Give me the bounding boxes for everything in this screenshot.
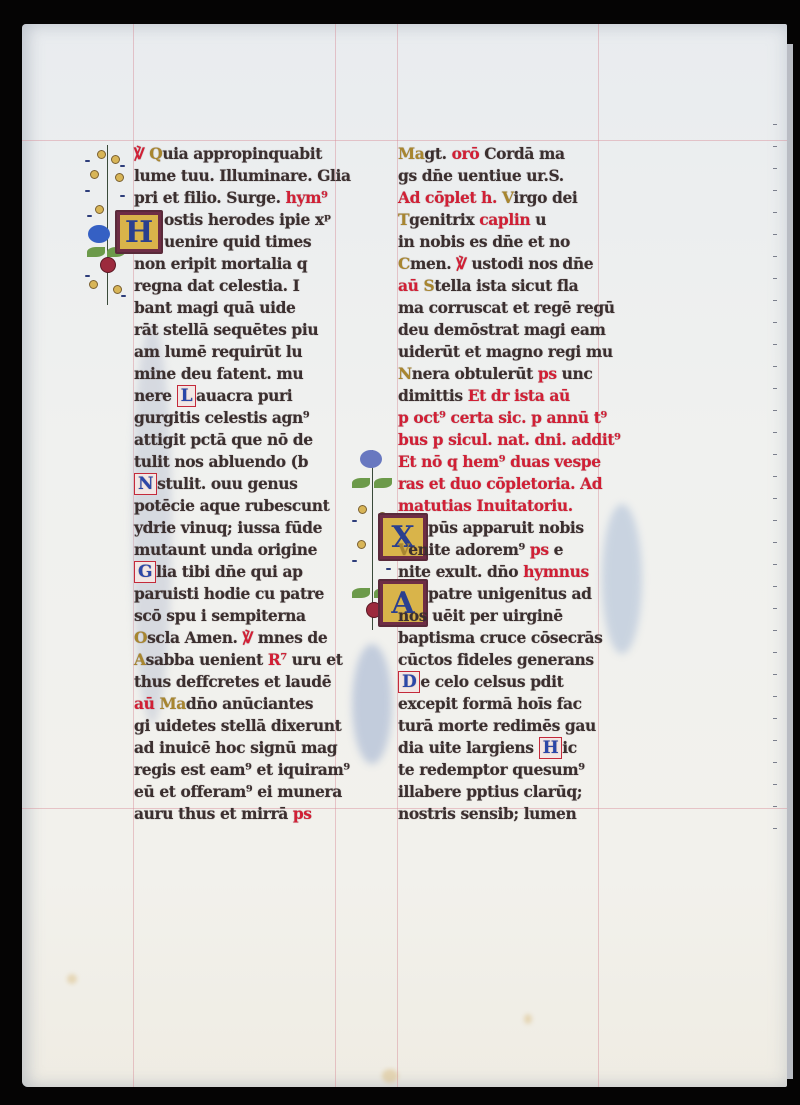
text: tella ista sicut fla <box>434 276 578 295</box>
text-line: Nstulit. ouu genus <box>134 473 297 495</box>
text-line: gi uidetes stellā dixerunt <box>134 715 341 737</box>
rubric-text: ps <box>530 540 554 559</box>
stain <box>382 1069 398 1083</box>
text: ustodi nos dn̄e <box>471 254 593 273</box>
rubric-versicle: ℣ <box>134 144 149 163</box>
text-line: regis est eam⁹ et iquiram⁹ <box>134 759 350 781</box>
text: ma corruscat et regē regū <box>398 298 615 317</box>
text-line: pūs apparuit nobis <box>428 517 584 539</box>
text-line: te redemptor quesum⁹ <box>398 759 585 781</box>
text: mnes de <box>258 628 328 647</box>
pricking-mark <box>773 190 777 191</box>
text-line: illabere pptius clarūq; <box>398 781 582 803</box>
text: ydrie vinuq; iussa fūde <box>134 518 322 537</box>
text: u <box>535 210 546 229</box>
pricking-mark <box>773 498 777 499</box>
text: regis est eam⁹ et iquiram⁹ <box>134 760 350 779</box>
text-line: auru thus et mirrā ps <box>134 803 312 825</box>
illuminated-initial-h: H <box>115 210 163 254</box>
text-line: regna dat celestia. I <box>134 275 300 297</box>
text: e <box>554 540 563 559</box>
text: turā morte redimēs gau <box>398 716 596 735</box>
text-line: ad inuicē hoc signū mag <box>134 737 337 759</box>
illuminated-initial: N <box>134 473 157 495</box>
rubric-text: hymnus <box>523 562 589 581</box>
rubric-text: aū <box>398 276 424 295</box>
pricking-mark <box>773 828 777 829</box>
text: nostris sensib; lumen <box>398 804 576 823</box>
text-line: De celo celsus pdit <box>398 671 563 693</box>
text: eū et offeram⁹ ei munera <box>134 782 342 801</box>
text-line: scō spu i sempiterna <box>134 605 306 627</box>
text: gi uidetes stellā dixerunt <box>134 716 341 735</box>
text: unc <box>562 364 593 383</box>
rubric-text: ps <box>538 364 562 383</box>
text: uia appropinquabit <box>162 144 322 163</box>
gold-initial: S <box>424 276 435 295</box>
gold-initial: Ma <box>160 694 186 713</box>
text-line: ydrie vinuq; iussa fūde <box>134 517 322 539</box>
illuminated-initial: D <box>398 671 420 693</box>
text: dn̄o anūciantes <box>186 694 313 713</box>
flower-icon <box>88 225 110 243</box>
text-line: uiderūt et magno regi mu <box>398 341 613 363</box>
rubric-text: p oct⁹ certa sic. p annū t⁹ <box>398 408 607 427</box>
pricking-mark <box>773 520 777 521</box>
text-line: Asabba uenient R⁷ uru et <box>134 649 343 671</box>
text-line: dimittis Et dr ista aū <box>398 385 570 407</box>
pricking-mark <box>773 630 777 631</box>
text-line: patre unigenitus ad <box>428 583 592 605</box>
text: scla Amen. <box>147 628 242 647</box>
rubric-text: ps <box>293 804 312 823</box>
text-line: rāt stellā sequētes piu <box>134 319 318 341</box>
text-line: attigit pctā que nō de <box>134 429 313 451</box>
text: sabba uenient <box>146 650 268 669</box>
text: auacra puri <box>196 386 292 405</box>
text: attigit pctā que nō de <box>134 430 313 449</box>
text: e celo celsus pdit <box>420 672 563 691</box>
text: uenire quid times <box>164 232 311 251</box>
text: gurgitis celestis agn⁹ <box>134 408 309 427</box>
pricking-mark <box>773 740 777 741</box>
text: paruisti hodie cu patre <box>134 584 324 603</box>
text-line: nos uēit per uirginē <box>398 605 563 627</box>
pricking-mark <box>773 234 777 235</box>
text-line: Magt. orō Cordā ma <box>398 143 565 165</box>
text: excepit formā hoīs fac <box>398 694 582 713</box>
text: dia uite largiens <box>398 738 539 757</box>
text-line: p oct⁹ certa sic. p annū t⁹ <box>398 407 607 429</box>
text: rāt stellā sequētes piu <box>134 320 318 339</box>
text: regna dat celestia. I <box>134 276 300 295</box>
text-line: tulit nos abluendo (b <box>134 451 308 473</box>
text: thus deffcretes et laudē <box>134 672 331 691</box>
pricking-mark <box>773 256 777 257</box>
text-line: Ad cōplet h. Virgo dei <box>398 187 577 209</box>
text: tulit nos abluendo (b <box>134 452 308 471</box>
text: bant magi quā uide <box>134 298 295 317</box>
pricking-mark <box>773 564 777 565</box>
gold-initial: Q <box>149 144 162 163</box>
text: uiderūt et magno regi mu <box>398 342 613 361</box>
stain <box>67 974 77 984</box>
text-line: lume tuu. Illuminare. Glia <box>134 165 351 187</box>
text-line: aū Stella ista sicut fla <box>398 275 578 297</box>
pricking-mark <box>773 784 777 785</box>
rubric-text: caplin <box>479 210 535 229</box>
text-line: dia uite largiens Hic <box>398 737 577 759</box>
text: nos uēit per uirginē <box>398 606 563 625</box>
text: Cordā ma <box>484 144 564 163</box>
gold-initial: A <box>134 650 146 669</box>
text-line: excepit formā hoīs fac <box>398 693 582 715</box>
text-line: ostis herodes ipie xᵖ <box>164 209 331 231</box>
text: ostis herodes ipie xᵖ <box>164 210 331 229</box>
text-line: bus p sicul. nat. dni. addit⁹ <box>398 429 620 451</box>
pricking-mark <box>773 432 777 433</box>
text-line: in nobis es dn̄e et no <box>398 231 570 253</box>
pricking-mark <box>773 168 777 169</box>
pricking-mark <box>773 146 777 147</box>
text-line: aū Madn̄o anūciantes <box>134 693 313 715</box>
offset-ghost <box>352 644 392 764</box>
text: patre unigenitus ad <box>428 584 592 603</box>
text: stulit. <box>157 474 211 493</box>
text: ouu genus <box>211 474 298 493</box>
rubric-text: orō <box>452 144 485 163</box>
gold-initial: V <box>502 188 513 207</box>
text: irgo dei <box>513 188 577 207</box>
pricking-mark <box>773 388 777 389</box>
text-line: Cmen. ℣ ustodi nos dn̄e <box>398 253 593 275</box>
rubric-text: ℣ <box>456 254 471 273</box>
text: baptisma cruce cōsecrās <box>398 628 602 647</box>
text: illabere pptius clarūq; <box>398 782 582 801</box>
text: genitrix <box>409 210 479 229</box>
text-line: Et nō q hem⁹ duas vespe <box>398 451 601 473</box>
text: ic <box>562 738 577 757</box>
gold-initial: T <box>398 210 409 229</box>
gold-initial: V <box>398 540 408 559</box>
text-line: uenire quid times <box>164 231 311 253</box>
pricking-mark <box>773 300 777 301</box>
berry-icon <box>100 257 116 273</box>
text: potēcie aque rubescunt <box>134 496 329 515</box>
text: enite adorem⁹ <box>408 540 530 559</box>
text-line: Nnera obtulerūt ps unc <box>398 363 592 385</box>
text: men. <box>410 254 456 273</box>
pricking-mark <box>773 344 777 345</box>
text-line: cūctos fideles generans <box>398 649 594 671</box>
rubric-text: bus p sicul. nat. dni. addit⁹ <box>398 430 620 449</box>
text: te redemptor quesum⁹ <box>398 760 585 779</box>
pricking-mark <box>773 366 777 367</box>
gold-initial: Ma <box>398 144 424 163</box>
text: dimittis <box>398 386 468 405</box>
text: pri et filio. Surge. <box>134 188 286 207</box>
illuminated-initial: L <box>177 385 197 407</box>
text: scō spu i sempiterna <box>134 606 306 625</box>
text-line: non eripit mortalia q <box>134 253 307 275</box>
text: auru thus et mirrā <box>134 804 293 823</box>
pricking-mark <box>773 652 777 653</box>
flower-icon <box>360 450 382 468</box>
illuminated-initial: H <box>539 737 563 759</box>
text-line: nere Lauacra puri <box>134 385 292 407</box>
text: uru et <box>292 650 343 669</box>
pricking-mark <box>773 696 777 697</box>
text: mine deu fatent. mu <box>134 364 303 383</box>
text-line: ma corruscat et regē regū <box>398 297 615 319</box>
text-line: gs dn̄e uentiue ur.S. <box>398 165 564 187</box>
ruling-line <box>22 140 787 141</box>
text-line: Oscla Amen. ℣ mnes de <box>134 627 327 649</box>
text-line: nostris sensib; lumen <box>398 803 576 825</box>
pricking-mark <box>773 454 777 455</box>
text-line: pri et filio. Surge. hym⁹ <box>134 187 328 209</box>
rubric-text: Et dr ista aū <box>468 386 570 405</box>
pricking-mark <box>773 586 777 587</box>
pricking-mark <box>773 410 777 411</box>
rubric-text: hym⁹ <box>286 188 328 207</box>
rubric-text: ℣ <box>243 628 258 647</box>
gold-initial: C <box>398 254 410 273</box>
pricking-mark <box>773 608 777 609</box>
rubric-text: Ad cōplet h. <box>398 188 502 207</box>
text: lume tuu. Illuminare. Glia <box>134 166 351 185</box>
text-line: Venite adorem⁹ ps e <box>398 539 563 561</box>
pricking-mark <box>773 718 777 719</box>
pricking-mark <box>773 674 777 675</box>
text: nere <box>134 386 177 405</box>
text-line: turā morte redimēs gau <box>398 715 596 737</box>
pricking-mark <box>773 762 777 763</box>
gold-initial: O <box>134 628 147 647</box>
text: gs dn̄e uentiue ur.S. <box>398 166 564 185</box>
rubric-text: R⁷ <box>268 650 292 669</box>
text-line: baptisma cruce cōsecrās <box>398 627 602 649</box>
text-line: ras et duo cōpletoria. Ad <box>398 473 602 495</box>
text-line: mutaunt unda origine <box>134 539 317 561</box>
text: cūctos fideles generans <box>398 650 594 669</box>
pricking-mark <box>773 542 777 543</box>
stain <box>524 1014 532 1024</box>
gold-initial: N <box>398 364 412 383</box>
pricking-mark <box>773 322 777 323</box>
text-line: Tgenitrix caplin u <box>398 209 546 231</box>
text-line: paruisti hodie cu patre <box>134 583 324 605</box>
text-line: deu demōstrat magi eam <box>398 319 606 341</box>
text-line: Glia tibi dn̄e qui ap <box>134 561 303 583</box>
rubric-text: ras et duo cōpletoria. Ad <box>398 474 602 493</box>
ruling-line <box>598 24 599 1087</box>
text-line: am lumē requirūt lu <box>134 341 302 363</box>
pricking-mark <box>773 124 777 125</box>
text: mutaunt unda origine <box>134 540 317 559</box>
text-line: thus deffcretes et laudē <box>134 671 331 693</box>
text: ad inuicē hoc signū mag <box>134 738 337 757</box>
pricking-mark <box>773 806 777 807</box>
offset-ghost <box>602 504 642 654</box>
text: lia tibi dn̄e qui ap <box>156 562 302 581</box>
rubric-text: aū <box>134 694 160 713</box>
text-line: bant magi quā uide <box>134 297 295 319</box>
rubric-text: Et nō q hem⁹ duas vespe <box>398 452 601 471</box>
text: deu demōstrat magi eam <box>398 320 606 339</box>
text: gt. <box>424 144 451 163</box>
text-line: mine deu fatent. mu <box>134 363 303 385</box>
text: non eripit mortalia q <box>134 254 307 273</box>
text-line: potēcie aque rubescunt <box>134 495 329 517</box>
text-line: eū et offeram⁹ ei munera <box>134 781 342 803</box>
illuminated-initial: G <box>134 561 156 583</box>
text: nera obtulerūt <box>412 364 538 383</box>
pricking-mark <box>773 476 777 477</box>
text: pūs apparuit nobis <box>428 518 584 537</box>
pricking-mark <box>773 212 777 213</box>
text-line: gurgitis celestis agn⁹ <box>134 407 309 429</box>
text-line: ℣ Quia appropinquabit <box>134 143 322 165</box>
pricking-mark <box>773 278 777 279</box>
text: am lumē requirūt lu <box>134 342 302 361</box>
text: in nobis es dn̄e et no <box>398 232 570 251</box>
